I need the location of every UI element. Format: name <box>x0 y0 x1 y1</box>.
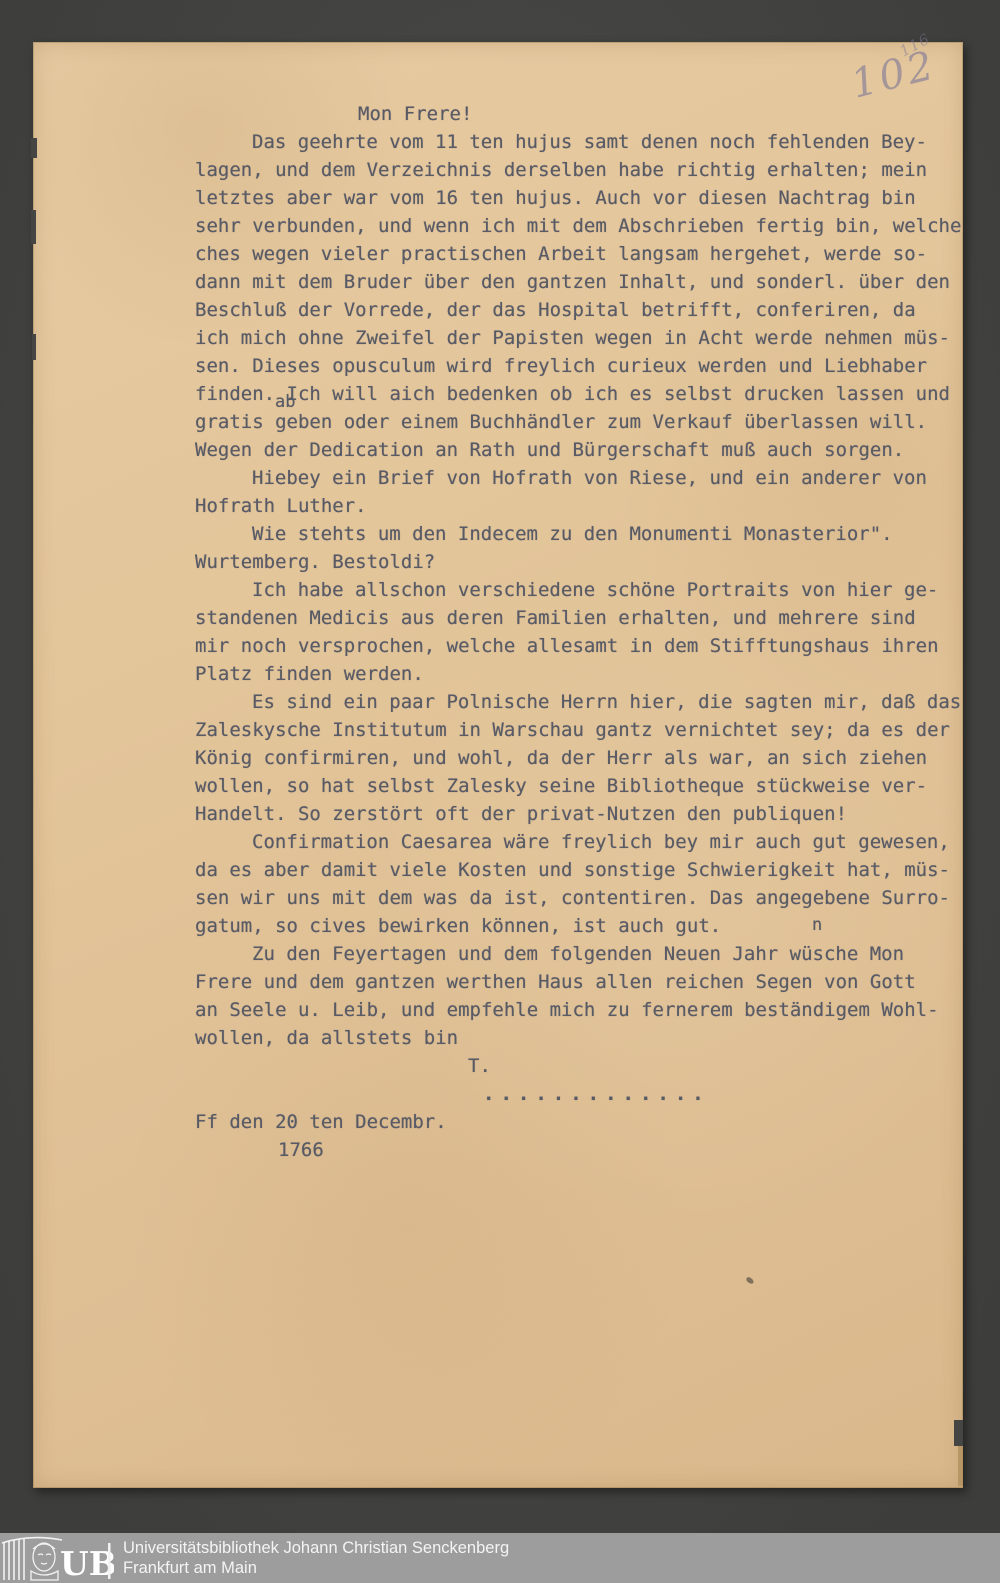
letter-line: Wegen der Dedication an Rath und Bürgers… <box>195 436 970 464</box>
letter-line: finden. Ich will aich bedenken ob ich es… <box>195 380 970 408</box>
letter-line: mir noch versprochen, welche allesamt in… <box>195 632 970 660</box>
paper-edge-wear <box>958 1446 963 1486</box>
library-name-line1: Universitätsbibliothek Johann Christian … <box>123 1538 509 1558</box>
letter-line: Wurtemberg. Bestoldi? <box>195 548 970 576</box>
letter-line: Beschluß der Vorrede, der das Hospital b… <box>195 296 970 324</box>
typed-insertion-n: n <box>812 917 822 933</box>
letter-line: da es aber damit viele Kosten und sonsti… <box>195 856 970 884</box>
paper-edge-tear <box>31 210 36 244</box>
paper-edge-tear <box>31 138 37 158</box>
letter-line: Frere und dem gantzen werthen Haus allen… <box>195 968 970 996</box>
letter-line: Ich habe allschon verschiedene schöne Po… <box>195 576 970 604</box>
letter-line: standenen Medicis aus deren Familien erh… <box>195 604 970 632</box>
letter-line: gratis geben oder einem Buchhändler zum … <box>195 408 970 436</box>
letter-line: wollen, so hat selbst Zalesky seine Bibl… <box>195 772 970 800</box>
signature-initial: T. <box>195 1052 970 1080</box>
dotted-rule: ............. <box>195 1080 970 1108</box>
letter-line: Hiebey ein Brief von Hofrath von Riese, … <box>195 464 970 492</box>
letter-line: Wie stehts um den Indecem zu den Monumen… <box>195 520 970 548</box>
letter-line: gatum, so cives bewirken können, ist auc… <box>195 912 970 940</box>
letter-line: Zu den Feyertagen und dem folgenden Neue… <box>195 940 970 968</box>
typed-insertion-ab: ab <box>275 394 295 410</box>
letter-line: Confirmation Caesarea wäre freylich bey … <box>195 828 970 856</box>
paper-edge-notch <box>954 1420 963 1446</box>
letter-line: Zaleskysche Institutum in Warschau gantz… <box>195 716 970 744</box>
letter-line: wollen, da allstets bin <box>195 1024 970 1052</box>
paper-speck <box>745 1276 754 1285</box>
dateline: Ff den 20 ten Decembr. <box>195 1108 970 1136</box>
letter-line: letztes aber war vom 16 ten hujus. Auch … <box>195 184 970 212</box>
letter-line: Handelt. So zerstört oft der privat-Nutz… <box>195 800 970 828</box>
scanned-letter-page: 116 102 ab n Mon Frere!Das geehrte vom 1… <box>33 42 963 1488</box>
salutation: Mon Frere! <box>195 100 970 128</box>
letter-line: sen wir uns mit dem was da ist, contenti… <box>195 884 970 912</box>
ub-logo-text: UB <box>60 1544 114 1583</box>
senckenberg-portrait-icon <box>31 1543 58 1580</box>
letter-line: Das geehrte vom 11 ten hujus samt denen … <box>195 128 970 156</box>
ub-library-logo-icon: UB <box>0 1533 114 1583</box>
year: 1766 <box>195 1136 970 1164</box>
library-footer-bar: UB Universitätsbibliothek Johann Christi… <box>0 1533 1000 1583</box>
pencil-folio-number-large: 102 <box>847 42 941 107</box>
letter-line: dann mit dem Bruder über den gantzen Inh… <box>195 268 970 296</box>
library-name-line2: Frankfurt am Main <box>123 1558 509 1578</box>
letter-line: sehr verbunden, und wenn ich mit dem Abs… <box>195 212 970 240</box>
letter-line: an Seele u. Leib, und empfehle mich zu f… <box>195 996 970 1024</box>
letter-line: sen. Dieses opusculum wird freylich curi… <box>195 352 970 380</box>
letter-line: Platz finden werden. <box>195 660 970 688</box>
letter-line: König confirmiren, und wohl, da der Herr… <box>195 744 970 772</box>
library-name-block: Universitätsbibliothek Johann Christian … <box>123 1538 509 1578</box>
logo-divider <box>108 1543 111 1579</box>
paper-edge-tear <box>32 334 36 360</box>
letter-text-block: ab n Mon Frere!Das geehrte vom 11 ten hu… <box>195 100 970 1164</box>
letter-line: ich mich ohne Zweifel der Papisten wegen… <box>195 324 970 352</box>
letter-line: lagen, und dem Verzeichnis derselben hab… <box>195 156 970 184</box>
letter-line: Hofrath Luther. <box>195 492 970 520</box>
letter-line: Es sind ein paar Polnische Herrn hier, d… <box>195 688 970 716</box>
letter-line: ches wegen vieler practischen Arbeit lan… <box>195 240 970 268</box>
